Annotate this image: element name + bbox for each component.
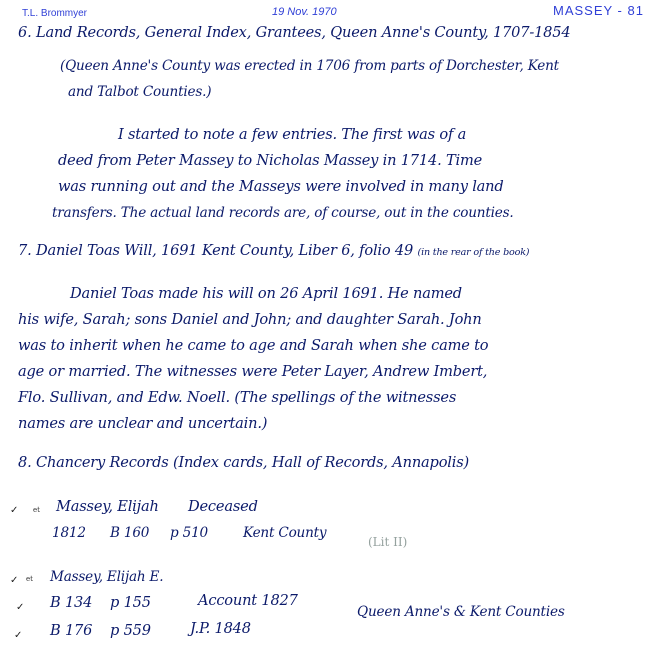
entry-book: B 134 — [50, 594, 92, 611]
section-title: Land Records, General Index, Grantees, Q… — [36, 24, 570, 41]
note-date: 19 Nov. 1970 — [272, 6, 337, 18]
section-number: 7. — [18, 242, 32, 259]
entry-note: Kent County — [243, 525, 326, 541]
text-line: I started to note a few entries. The fir… — [118, 126, 466, 143]
entry-book: B 176 — [50, 622, 92, 639]
text-line: his wife, Sarah; sons Daniel and John; a… — [18, 311, 482, 328]
entry-page: p 559 — [110, 622, 151, 639]
entry-year: 1812 — [52, 525, 86, 541]
section-title: Daniel Toas Will, 1691 Kent County, Libe… — [36, 242, 413, 259]
section-title-note: (in the rear of the book) — [418, 247, 530, 258]
text-line: (Queen Anne's County was erected in 1706… — [60, 58, 559, 74]
section-6-heading: 6. Land Records, General Index, Grantees… — [18, 24, 570, 41]
section-number: 8. — [18, 454, 32, 471]
entry-page: p 510 — [170, 525, 208, 541]
entry-page: p 155 — [110, 594, 151, 611]
section-8-heading: 8. Chancery Records (Index cards, Hall o… — [18, 454, 469, 471]
entry-note: J.P. 1848 — [190, 620, 251, 637]
text-line: and Talbot Counties.) — [68, 84, 211, 100]
section-title: Chancery Records (Index cards, Hall of R… — [36, 454, 469, 471]
text-line: transfers. The actual land records are, … — [52, 205, 513, 221]
faint-stamp: (Lit II) — [368, 535, 407, 549]
text-line: was running out and the Masseys were inv… — [58, 178, 504, 195]
entry-name: Massey, Elijah — [56, 498, 159, 515]
text-line: names are unclear and uncertain.) — [18, 415, 267, 432]
author-name: T.L. Brommyer — [22, 8, 87, 19]
section-7-heading: 7. Daniel Toas Will, 1691 Kent County, L… — [18, 242, 529, 259]
entry-mark: et — [26, 575, 33, 583]
text-line: Daniel Toas made his will on 26 April 16… — [70, 285, 462, 302]
page-reference: MASSEY - 81 — [553, 3, 644, 18]
check-mark-icon: ✓ — [10, 505, 18, 516]
entry-book: B 160 — [110, 525, 149, 541]
check-mark-icon: ✓ — [10, 575, 18, 586]
check-mark-icon: ✓ — [16, 602, 24, 613]
entry-note: Account 1827 — [198, 592, 298, 609]
entry-status: Deceased — [188, 498, 258, 515]
check-mark-icon: ✓ — [14, 630, 22, 641]
entry-side-note: Queen Anne's & Kent Counties — [357, 604, 565, 620]
section-number: 6. — [18, 24, 32, 41]
text-line: deed from Peter Massey to Nicholas Masse… — [58, 152, 482, 169]
text-line: Flo. Sullivan, and Edw. Noell. (The spel… — [18, 389, 456, 406]
entry-name: Massey, Elijah E. — [50, 569, 163, 585]
entry-mark: et — [33, 506, 40, 514]
text-line: was to inherit when he came to age and S… — [18, 337, 488, 354]
text-line: age or married. The witnesses were Peter… — [18, 363, 487, 380]
